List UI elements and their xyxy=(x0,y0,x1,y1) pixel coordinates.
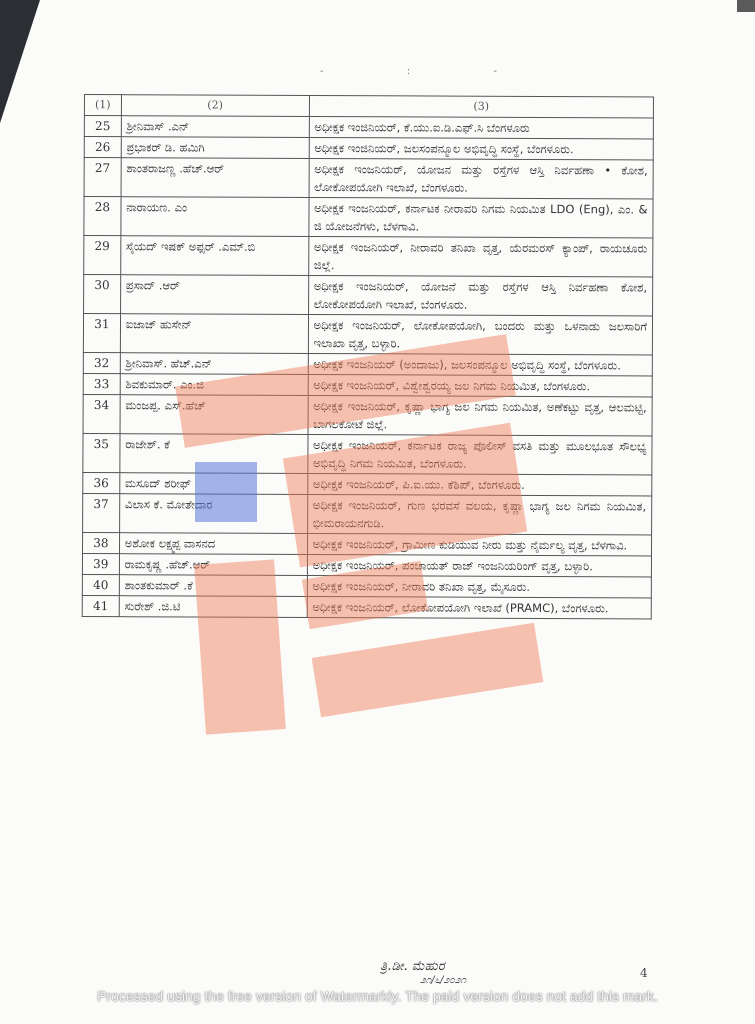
scan-marks: - : - xyxy=(320,66,537,77)
officer-name: ಶ್ರೀನಿವಾಸ್. ಹೆಚ್.ಎನ್ xyxy=(120,353,308,375)
officer-designation: ಅಧೀಕ್ಷಕ ಇಂಜನಿಯರ್, ಯೋಜನ ಮತ್ತು ರಸ್ತೆಗಳ ಆಸ್… xyxy=(309,158,654,199)
officer-designation: ಅಧೀಕ್ಷಕ ಇಂಜನಿಯರ್, ನೀರಾವರಿ ತನಿಖಾ ವೃತ್ತ, ಯ… xyxy=(308,236,653,277)
row-number: 29 xyxy=(84,236,121,275)
table-row: 31ಐಜಾಜ್ ಹುಸೇನ್ಅಧೀಕ್ಷಕ ಇಂಜನಿಯರ್, ಲೋಕೋಪಯೋಗ… xyxy=(83,314,652,355)
officer-designation: ಅಧೀಕ್ಷಕ ಇಂಜನಿಯರ್, ನೀರಾವರಿ ತನಿಖಾ ವೃತ್ತ, ಮ… xyxy=(307,575,652,598)
table-row: 39ರಾಮಕೃಷ್ಣ .ಹೆಚ್.ಆರ್ಅಧೀಕ್ಷಕ ಇಂಜನಿಯರ್, ಪಂ… xyxy=(82,553,651,576)
scan-shadow-corner xyxy=(0,0,40,240)
table-row: 33ಶಿವಕುಮಾರ್. ಎಂ.ಜಿಅಧೀಕ್ಷಕ ಇಂಜನಿಯರ್, ವಿಶ್… xyxy=(83,373,652,396)
officer-designation: ಅಧೀಕ್ಷಕ ಇಂಜನಿಯರ್, ಗುಣ ಭರವಸೆ ವಲಯ, ಕೃಷ್ಣಾ … xyxy=(307,494,652,535)
officer-designation: ಅಧೀಕ್ಷಕ ಇಂಜನಿಯರ್, ಕರ್ನಾಟಕ ನೀರಾವರಿ ನಿಗಮ ನ… xyxy=(308,197,653,238)
officer-name: ಸೈಯದ್ ಇಷಕ್ ಅಫ್ಸರ್ .ಎಮ್.ಬಿ xyxy=(120,236,308,276)
signature-name: ತ್ರಿ.ಡೀ. ಮೆಹುರ xyxy=(380,960,466,974)
officer-name: ರಾಜೇಶ್. ಕೆ xyxy=(120,434,308,474)
column-header-name: (2) xyxy=(121,95,309,117)
row-number: 30 xyxy=(84,275,121,314)
row-number: 31 xyxy=(83,314,120,353)
officers-table: (1) (2) (3) 25ಶ್ರೀನಿವಾಸ್ .ಎನ್ಅಧೀಕ್ಷಕ ಇಂಜ… xyxy=(82,94,654,619)
table-row: 25ಶ್ರೀನಿವಾಸ್ .ಎನ್ಅಧೀಕ್ಷಕ ಇಂಜಿನಿಯರ್, ಕೆ.ಯ… xyxy=(84,116,653,139)
scan-shadow-corner-right xyxy=(737,0,755,12)
table-row: 41ಸುರೇಶ್ .ಜಿ.ಟಿಅಧೀಕ್ಷಕ ಇಂಜನಿಯರ್, ಲೋಕೋಪಯೋ… xyxy=(82,595,651,618)
row-number: 26 xyxy=(84,137,121,158)
officer-name: ಐಜಾಜ್ ಹುಸೇನ್ xyxy=(120,314,308,354)
table-row: 27ಶಾಂತರಾಜಣ್ಣ .ಹೆಚ್.ಆರ್ಅಧೀಕ್ಷಕ ಇಂಜನಿಯರ್, … xyxy=(84,158,653,199)
officer-name: ರಾಮಕೃಷ್ಣ .ಹೆಚ್.ಆರ್ xyxy=(119,554,307,576)
officer-designation: ಅಧೀಕ್ಷಕ ಇಂಜನಿಯರ್, ವಿಶ್ವೇಶ್ವರಯ್ಯ ಜಲ ನಿಗಮ … xyxy=(308,374,653,397)
row-number: 25 xyxy=(84,116,121,137)
officer-designation: ಅಧೀಕ್ಷಕ ಇಂಜನಿಯರ್, ಪಂಚಾಯತ್ ರಾಜ್ ಇಂಜನಿಯರಿಂ… xyxy=(307,554,652,577)
officer-designation: ಅಧೀಕ್ಷಕ ಇಂಜಿನಿಯರ್, ಕೆ.ಯು.ಐ.ಡಿ.ಎಫ್.ಸಿ ಬೆಂ… xyxy=(309,116,654,139)
table-row: 37ವಿಲಾಸ ಕೆ. ಮೋತೇದಾರಅಧೀಕ್ಷಕ ಇಂಜನಿಯರ್, ಗುಣ… xyxy=(83,493,652,534)
row-number: 28 xyxy=(84,197,121,236)
officer-designation: ಅಧೀಕ್ಷಕ ಇಂಜನಿಯರ್, ಪಿ.ಐ.ಯು. ಕೆಶಿಪ್, ಬೆಂಗಳ… xyxy=(307,473,652,496)
officer-designation: ಅಧೀಕ್ಷಕ ಇಂಜಿನಿಯರ್, ಜಲಸಂಪನ್ಮೂಲ ಅಭಿವೃದ್ಧಿ … xyxy=(309,137,654,160)
watermark-text: Processed using the free version of Wate… xyxy=(0,988,755,1004)
table-row: 29ಸೈಯದ್ ಇಷಕ್ ಅಫ್ಸರ್ .ಎಮ್.ಬಿಅಧೀಕ್ಷಕ ಇಂಜನಿ… xyxy=(84,236,653,277)
row-number: 35 xyxy=(83,433,120,472)
table-row: 38ಅಶೋಕ ಲಕ್ಷ್ಮಪ್ಪ ವಾಸನದಅಧೀಕ್ಷಕ ಇಂಜನಿಯರ್, … xyxy=(82,532,651,555)
officer-designation: ಅಧೀಕ್ಷಕ ಇಂಜನಿಯರ್, ಗ್ರಾಮೀಣ ಕುಡಿಯುವ ನೀರು ಮ… xyxy=(307,533,652,556)
page-number: 4 xyxy=(640,966,648,980)
row-number: 40 xyxy=(82,574,119,595)
officer-designation: ಅಧೀಕ್ಷಕ ಇಂಜನಿಯರ್, ಲೋಕೋಪಯೋಗಿ, ಬಂದರು ಮತ್ತು… xyxy=(308,314,653,355)
table-row: 26ಪ್ರಭಾಕರ್ ಡಿ. ಹಮಿಗಿಅಧೀಕ್ಷಕ ಇಂಜಿನಿಯರ್, ಜ… xyxy=(84,137,653,160)
officer-designation: ಅಧೀಕ್ಷಕ ಇಂಜನಿಯರ್, ಕರ್ನಾಟಕ ರಾಜ್ಯ ಪೊಲೀಸ್ ವ… xyxy=(307,434,652,475)
officer-name: ಮಂಜಪ್ಪ. ಎಸ್.ಹೆಚ್ xyxy=(120,395,308,435)
watermark-logo-shape xyxy=(312,623,544,717)
officer-designation: ಅಧೀಕ್ಷಕ ಇಂಜನಿಯರ್, ಯೋಜನೆ ಮತ್ತು ರಸ್ತೆಗಳ ಆಸ… xyxy=(308,275,653,316)
scanned-page: - : - (1) (2) (3) 25ಶ್ರೀನಿವಾಸ್ .ಎನ್ಅಧೀಕ್… xyxy=(0,0,755,1024)
officer-name: ಅಶೋಕ ಲಕ್ಷ್ಮಪ್ಪ ವಾಸನದ xyxy=(119,533,307,555)
officer-designation: ಅಧೀಕ್ಷಕ ಇಂಜನಿಯರ್, ಕೃಷ್ಣಾ ಭಾಗ್ಯ ಜಲ ನಿಗಮ ನ… xyxy=(308,395,653,436)
row-number: 36 xyxy=(83,472,120,493)
row-number: 33 xyxy=(83,373,120,394)
officer-name: ಮಸೂದ್ ಶರೀಫ್ xyxy=(119,473,307,495)
officer-name: ವಿಲಾಸ ಕೆ. ಮೋತೇದಾರ xyxy=(119,494,307,534)
table-row: 36ಮಸೂದ್ ಶರೀಫ್ಅಧೀಕ್ಷಕ ಇಂಜನಿಯರ್, ಪಿ.ಐ.ಯು. … xyxy=(83,472,652,495)
table-row: 35ರಾಜೇಶ್. ಕೆಅಧೀಕ್ಷಕ ಇಂಜನಿಯರ್, ಕರ್ನಾಟಕ ರಾ… xyxy=(83,433,652,474)
officer-name: ಶಾಂತಕುಮಾರ್ .ಕೆ xyxy=(119,575,307,597)
table-row: 32ಶ್ರೀನಿವಾಸ್. ಹೆಚ್.ಎನ್ಅಧೀಕ್ಷಕ ಇಂಜನಿಯರ್ (… xyxy=(83,352,652,375)
row-number: 41 xyxy=(82,595,119,616)
row-number: 34 xyxy=(83,394,120,433)
row-number: 32 xyxy=(83,352,120,373)
column-header-designation: (3) xyxy=(309,95,654,118)
table-row: 30ಪ್ರಸಾದ್ .ಆರ್ಅಧೀಕ್ಷಕ ಇಂಜನಿಯರ್, ಯೋಜನೆ ಮತ… xyxy=(84,275,653,316)
officer-designation: ಅಧೀಕ್ಷಕ ಇಂಜನಿಯರ್, ಲೋಕೋಪಯೋಗಿ ಇಲಾಖೆ (PRAMC… xyxy=(307,596,652,619)
officer-name: ಶ್ರೀನಿವಾಸ್ .ಎನ್ xyxy=(121,116,309,138)
officer-name: ನಾರಾಯಣ. ಎಂ xyxy=(121,197,309,237)
officer-name: ಶಾಂತರಾಜಣ್ಣ .ಹೆಚ್.ಆರ್ xyxy=(121,158,309,198)
row-number: 38 xyxy=(82,532,119,553)
officer-name: ಶಿವಕುಮಾರ್. ಎಂ.ಜಿ xyxy=(120,374,308,396)
row-number: 37 xyxy=(83,493,120,532)
table-row: 34ಮಂಜಪ್ಪ. ಎಸ್.ಹೆಚ್ಅಧೀಕ್ಷಕ ಇಂಜನಿಯರ್, ಕೃಷ್… xyxy=(83,394,652,435)
signature: ತ್ರಿ.ಡೀ. ಮೆಹುರ ೨೧/೬/೨೦೨೧ xyxy=(380,960,466,988)
signature-date: ೨೧/೬/೨೦೨೧ xyxy=(380,974,466,988)
row-number: 27 xyxy=(84,158,121,197)
officer-designation: ಅಧೀಕ್ಷಕ ಇಂಜನಿಯರ್ (ಅಂದಾಜು), ಜಲಸಂಪನ್ಮೂಲ ಅಭ… xyxy=(308,353,653,376)
column-header-number: (1) xyxy=(84,95,121,116)
officer-name: ಪ್ರಭಾಕರ್ ಡಿ. ಹಮಿಗಿ xyxy=(121,137,309,159)
table-row: 40ಶಾಂತಕುಮಾರ್ .ಕೆಅಧೀಕ್ಷಕ ಇಂಜನಿಯರ್, ನೀರಾವರ… xyxy=(82,574,651,597)
row-number: 39 xyxy=(82,553,119,574)
officer-name: ಸುರೇಶ್ .ಜಿ.ಟಿ xyxy=(119,596,307,618)
officer-name: ಪ್ರಸಾದ್ .ಆರ್ xyxy=(120,275,308,315)
table-row: 28ನಾರಾಯಣ. ಎಂಅಧೀಕ್ಷಕ ಇಂಜನಿಯರ್, ಕರ್ನಾಟಕ ನೀ… xyxy=(84,197,653,238)
table-header-row: (1) (2) (3) xyxy=(84,95,653,118)
